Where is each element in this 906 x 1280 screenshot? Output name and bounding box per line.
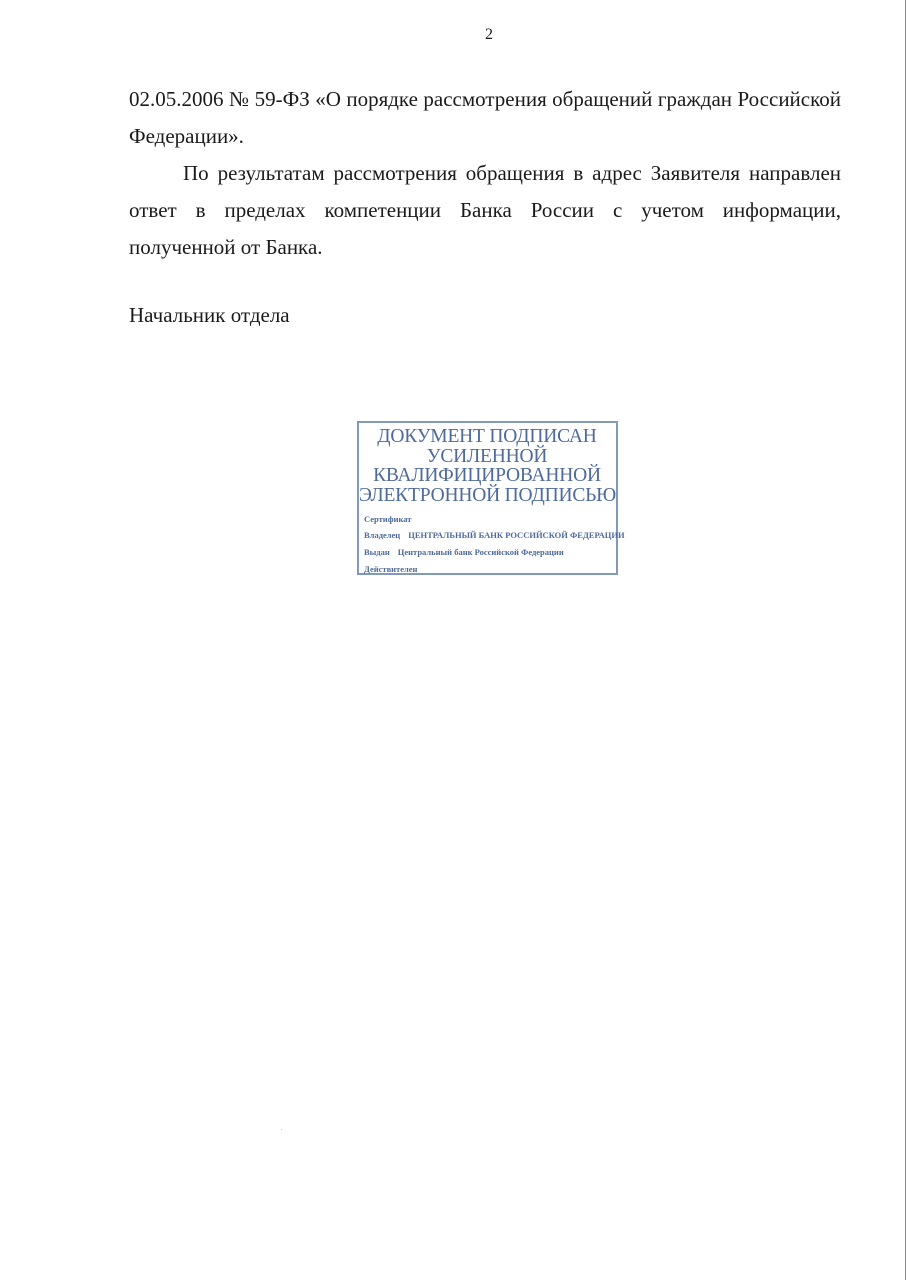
signatory-position: Начальник отдела bbox=[129, 297, 290, 334]
stamp-title-line: ДОКУМЕНТ ПОДПИСАН bbox=[359, 427, 615, 447]
page-number: 2 bbox=[0, 26, 906, 44]
scan-speck bbox=[281, 1129, 282, 1130]
stamp-title-line: УСИЛЕННОЙ bbox=[359, 447, 615, 467]
owner-value: ЦЕНТРАЛЬНЫЙ БАНК РОССИЙСКОЙ ФЕДЕРАЦИИ bbox=[408, 530, 624, 540]
owner-label: Владелец bbox=[364, 530, 400, 540]
valid-label: Действителен bbox=[364, 564, 417, 574]
stamp-title-line: КВАЛИФИЦИРОВАННОЙ bbox=[359, 466, 615, 486]
paragraph-result: По результатам рассмотрения обращения в … bbox=[129, 155, 841, 266]
stamp-title: ДОКУМЕНТ ПОДПИСАН УСИЛЕННОЙ КВАЛИФИЦИРОВ… bbox=[359, 427, 615, 505]
issued-label: Выдан bbox=[364, 547, 390, 557]
certificate-label: Сертификат bbox=[364, 514, 411, 524]
document-page: 2 02.05.2006 № 59-ФЗ «О порядке рассмотр… bbox=[0, 0, 906, 1280]
stamp-title-line: ЭЛЕКТРОННОЙ ПОДПИСЬЮ bbox=[359, 486, 615, 506]
stamp-certificate: Сертификат bbox=[364, 514, 411, 524]
stamp-issued: ВыданЦентральный банк Российской Федерац… bbox=[364, 547, 564, 557]
stamp-validity: Действителен bbox=[364, 564, 417, 574]
paragraph-law-reference: 02.05.2006 № 59-ФЗ «О порядке рассмотрен… bbox=[129, 81, 841, 155]
stamp-owner: ВладелецЦЕНТРАЛЬНЫЙ БАНК РОССИЙСКОЙ ФЕДЕ… bbox=[364, 530, 625, 540]
electronic-signature-stamp: ДОКУМЕНТ ПОДПИСАН УСИЛЕННОЙ КВАЛИФИЦИРОВ… bbox=[357, 421, 618, 575]
issued-value: Центральный банк Российской Федерации bbox=[398, 547, 564, 557]
